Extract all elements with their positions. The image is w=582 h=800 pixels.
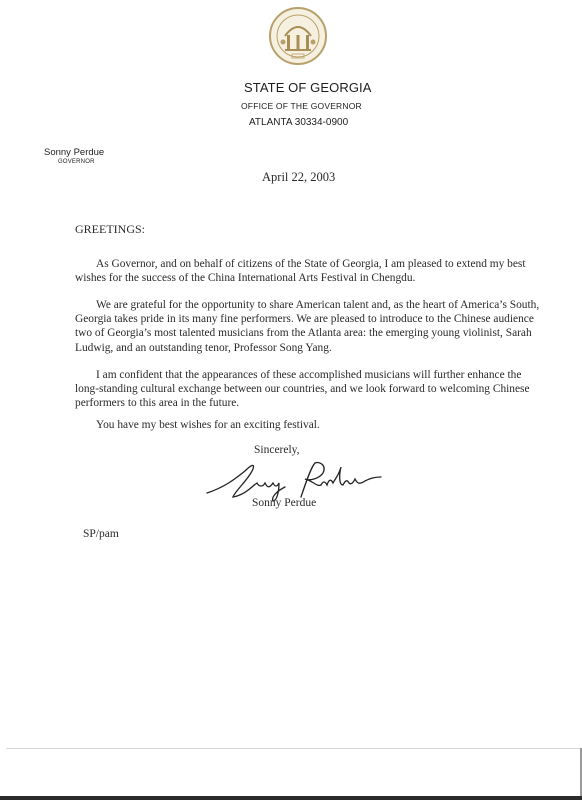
scan-edge-line xyxy=(6,748,582,749)
letterhead-state: STATE OF GEORGIA xyxy=(244,80,372,95)
state-seal-icon xyxy=(268,6,328,66)
typist-initials: SP/pam xyxy=(83,528,119,540)
letter-paragraph: We are grateful for the opportunity to s… xyxy=(75,298,545,355)
letterhead-address: ATLANTA 30334-0900 xyxy=(249,117,348,128)
sender-name: Sonny Perdue xyxy=(44,147,104,158)
letter-paragraph: You have my best wishes for an exciting … xyxy=(75,418,545,432)
letterhead-office: OFFICE OF THE GOVERNOR xyxy=(241,101,362,111)
letter-greeting: GREETINGS: xyxy=(75,222,145,237)
signer-name: Sonny Perdue xyxy=(252,497,316,509)
letter-paragraph: I am confident that the appearances of t… xyxy=(75,368,545,411)
letter-closing: Sincerely, xyxy=(254,444,300,456)
letter-paragraph: As Governor, and on behalf of citizens o… xyxy=(75,257,545,285)
scan-bottom-border xyxy=(0,796,582,800)
sender-title: GOVERNOR xyxy=(58,159,95,165)
letter-page: STATE OF GEORGIA OFFICE OF THE GOVERNOR … xyxy=(0,0,582,800)
letter-date: April 22, 2003 xyxy=(262,170,335,185)
